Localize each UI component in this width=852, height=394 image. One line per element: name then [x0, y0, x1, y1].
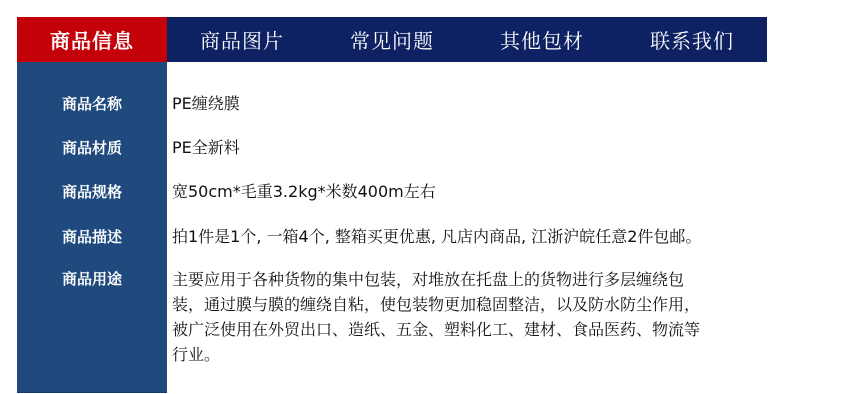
tab-other-packaging[interactable]: 其他包材 [467, 17, 617, 62]
usage-line: 行业。 [172, 342, 777, 367]
row-value: 主要应用于各种货物的集中包装，对堆放在托盘上的货物进行多层缠绕包 装，通过膜与膜… [167, 267, 777, 367]
row-value: 拍1件是1个, 一箱4个, 整箱买更优惠, 凡店内商品, 江浙沪皖任意2件包邮。 [167, 225, 777, 249]
info-row-usage: 商品用途 主要应用于各种货物的集中包装，对堆放在托盘上的货物进行多层缠绕包 装，… [17, 267, 777, 367]
row-label: 商品材质 [17, 136, 167, 160]
row-label: 商品名称 [17, 92, 167, 116]
tab-product-images[interactable]: 商品图片 [167, 17, 317, 62]
tab-faq[interactable]: 常见问题 [317, 17, 467, 62]
row-label: 商品用途 [17, 267, 167, 367]
row-value: 宽50cm*毛重3.2kg*米数400m左右 [167, 180, 777, 204]
usage-line: 主要应用于各种货物的集中包装，对堆放在托盘上的货物进行多层缠绕包 [172, 267, 777, 292]
product-nav-bar: 商品信息 商品图片 常见问题 其他包材 联系我们 [17, 17, 767, 62]
usage-line: 装，通过膜与膜的缠绕自粘，使包装物更加稳固整洁，以及防水防尘作用， [172, 292, 777, 317]
row-value: PE全新料 [167, 136, 777, 160]
info-row-description: 商品描述 拍1件是1个, 一箱4个, 整箱买更优惠, 凡店内商品, 江浙沪皖任意… [17, 225, 777, 249]
tab-contact-us[interactable]: 联系我们 [617, 17, 767, 62]
info-row-spec: 商品规格 宽50cm*毛重3.2kg*米数400m左右 [17, 180, 777, 204]
usage-line: 被广泛使用在外贸出口、造纸、五金、塑料化工、建材、食品医药、物流等 [172, 317, 777, 342]
info-row-name: 商品名称 PE缠绕膜 [17, 92, 777, 116]
tab-product-info[interactable]: 商品信息 [17, 17, 167, 62]
info-row-material: 商品材质 PE全新料 [17, 136, 777, 160]
row-label: 商品描述 [17, 225, 167, 249]
row-label: 商品规格 [17, 180, 167, 204]
row-value: PE缠绕膜 [167, 92, 777, 116]
